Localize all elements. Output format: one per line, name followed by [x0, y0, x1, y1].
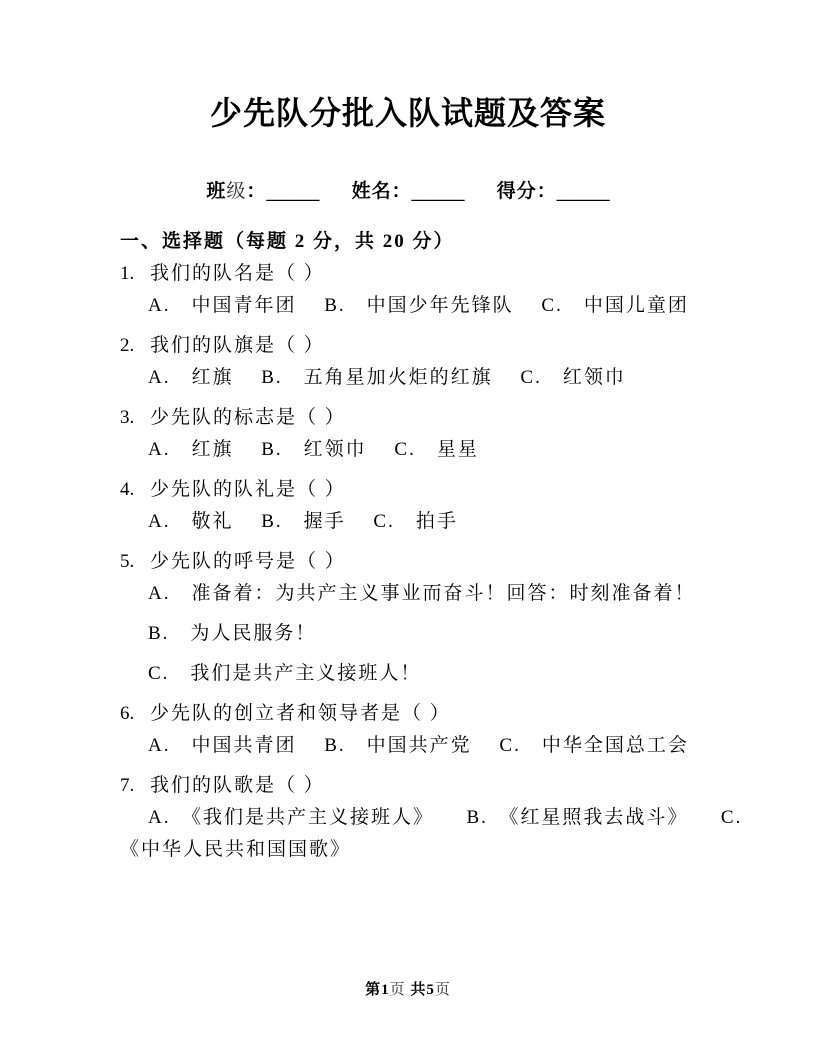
option-line-a: A. 准备着：为共产主义事业而奋斗！回答：时刻准备着！	[120, 578, 760, 610]
name-field: 姓名：_____	[352, 181, 465, 202]
question-number: 7.	[120, 770, 150, 802]
page-footer: 第1页 共5页	[0, 980, 816, 1000]
option-line: A. 中国青年团 B. 中国少年先锋队 C. 中国儿童团	[120, 290, 760, 322]
name-colon: ：	[392, 181, 412, 202]
score-blank: _____	[557, 181, 610, 202]
quiz-content: 一、选择题（每题 2 分，共 20 分） 1.我们的队名是（ ） A. 中国青年…	[120, 226, 760, 866]
option-line: A. 《我们是共产主义接班人》 B. 《红星照我去战斗》 C.	[120, 802, 760, 834]
name-blank: _____	[412, 181, 465, 202]
student-info-line: 班级：_____ 姓名：_____ 得分：_____	[0, 178, 816, 206]
question-text: 少先队的标志是（ ）	[150, 407, 346, 428]
option-continuation-line: 《中华人民共和国国歌》	[120, 834, 760, 866]
score-label: 得分	[497, 181, 537, 202]
question-text: 少先队的队礼是（ ）	[150, 479, 346, 500]
class-blank: _____	[266, 181, 319, 202]
question-block-2: 2.我们的队旗是（ ） A. 红旗 B. 五角星加火炬的红旗 C. 红领巾	[120, 330, 760, 394]
option-line: A. 红旗 B. 红领巾 C. 星星	[120, 434, 760, 466]
option-line: A. 红旗 B. 五角星加火炬的红旗 C. 红领巾	[120, 362, 760, 394]
question-line: 5.少先队的呼号是（ ）	[120, 546, 760, 578]
option-line-b: B. 为人民服务！	[120, 618, 760, 650]
question-line: 1.我们的队名是（ ）	[120, 258, 760, 290]
document-page: 少先队分批入队试题及答案 班级：_____ 姓名：_____ 得分：_____ …	[0, 0, 816, 1056]
footer-page-word: 页	[390, 982, 406, 998]
question-block-7: 7.我们的队歌是（ ） A. 《我们是共产主义接班人》 B. 《红星照我去战斗》…	[120, 770, 760, 866]
question-number: 4.	[120, 474, 150, 506]
question-number: 1.	[120, 258, 150, 290]
question-line: 6.少先队的创立者和领导者是（ ）	[120, 698, 760, 730]
question-number: 6.	[120, 698, 150, 730]
class-label-weak: 级	[226, 181, 246, 202]
question-line: 2.我们的队旗是（ ）	[120, 330, 760, 362]
question-text: 我们的队旗是（ ）	[150, 335, 325, 356]
option-line: A. 中国共青团 B. 中国共产党 C. 中华全国总工会	[120, 730, 760, 762]
footer-page-number: 第1	[365, 982, 390, 998]
question-number: 5.	[120, 546, 150, 578]
footer-total-word: 页	[435, 982, 451, 998]
question-line: 3.少先队的标志是（ ）	[120, 402, 760, 434]
question-block-3: 3.少先队的标志是（ ） A. 红旗 B. 红领巾 C. 星星	[120, 402, 760, 466]
question-number: 2.	[120, 330, 150, 362]
score-field: 得分：_____	[497, 181, 610, 202]
section-heading: 一、选择题（每题 2 分，共 20 分）	[120, 226, 760, 258]
question-text: 少先队的创立者和领导者是（ ）	[150, 703, 451, 724]
option-line-c: C. 我们是共产主义接班人！	[120, 658, 760, 690]
class-field: 班级：_____	[206, 181, 319, 202]
question-block-4: 4.少先队的队礼是（ ） A. 敬礼 B. 握手 C. 拍手	[120, 474, 760, 538]
name-label: 姓名	[352, 181, 392, 202]
question-text: 我们的队歌是（ ）	[150, 775, 325, 796]
footer-total-pages: 共5	[406, 982, 435, 998]
question-block-5: 5.少先队的呼号是（ ） A. 准备着：为共产主义事业而奋斗！回答：时刻准备着！…	[120, 546, 760, 690]
question-text: 我们的队名是（ ）	[150, 263, 325, 284]
page-title: 少先队分批入队试题及答案	[0, 0, 816, 132]
class-label-strong: 班	[206, 181, 226, 202]
score-colon: ：	[537, 181, 557, 202]
question-number: 3.	[120, 402, 150, 434]
question-line: 7.我们的队歌是（ ）	[120, 770, 760, 802]
class-colon: ：	[246, 181, 266, 202]
question-text: 少先队的呼号是（ ）	[150, 551, 346, 572]
question-line: 4.少先队的队礼是（ ）	[120, 474, 760, 506]
question-block-6: 6.少先队的创立者和领导者是（ ） A. 中国共青团 B. 中国共产党 C. 中…	[120, 698, 760, 762]
option-line: A. 敬礼 B. 握手 C. 拍手	[120, 506, 760, 538]
question-block-1: 1.我们的队名是（ ） A. 中国青年团 B. 中国少年先锋队 C. 中国儿童团	[120, 258, 760, 322]
